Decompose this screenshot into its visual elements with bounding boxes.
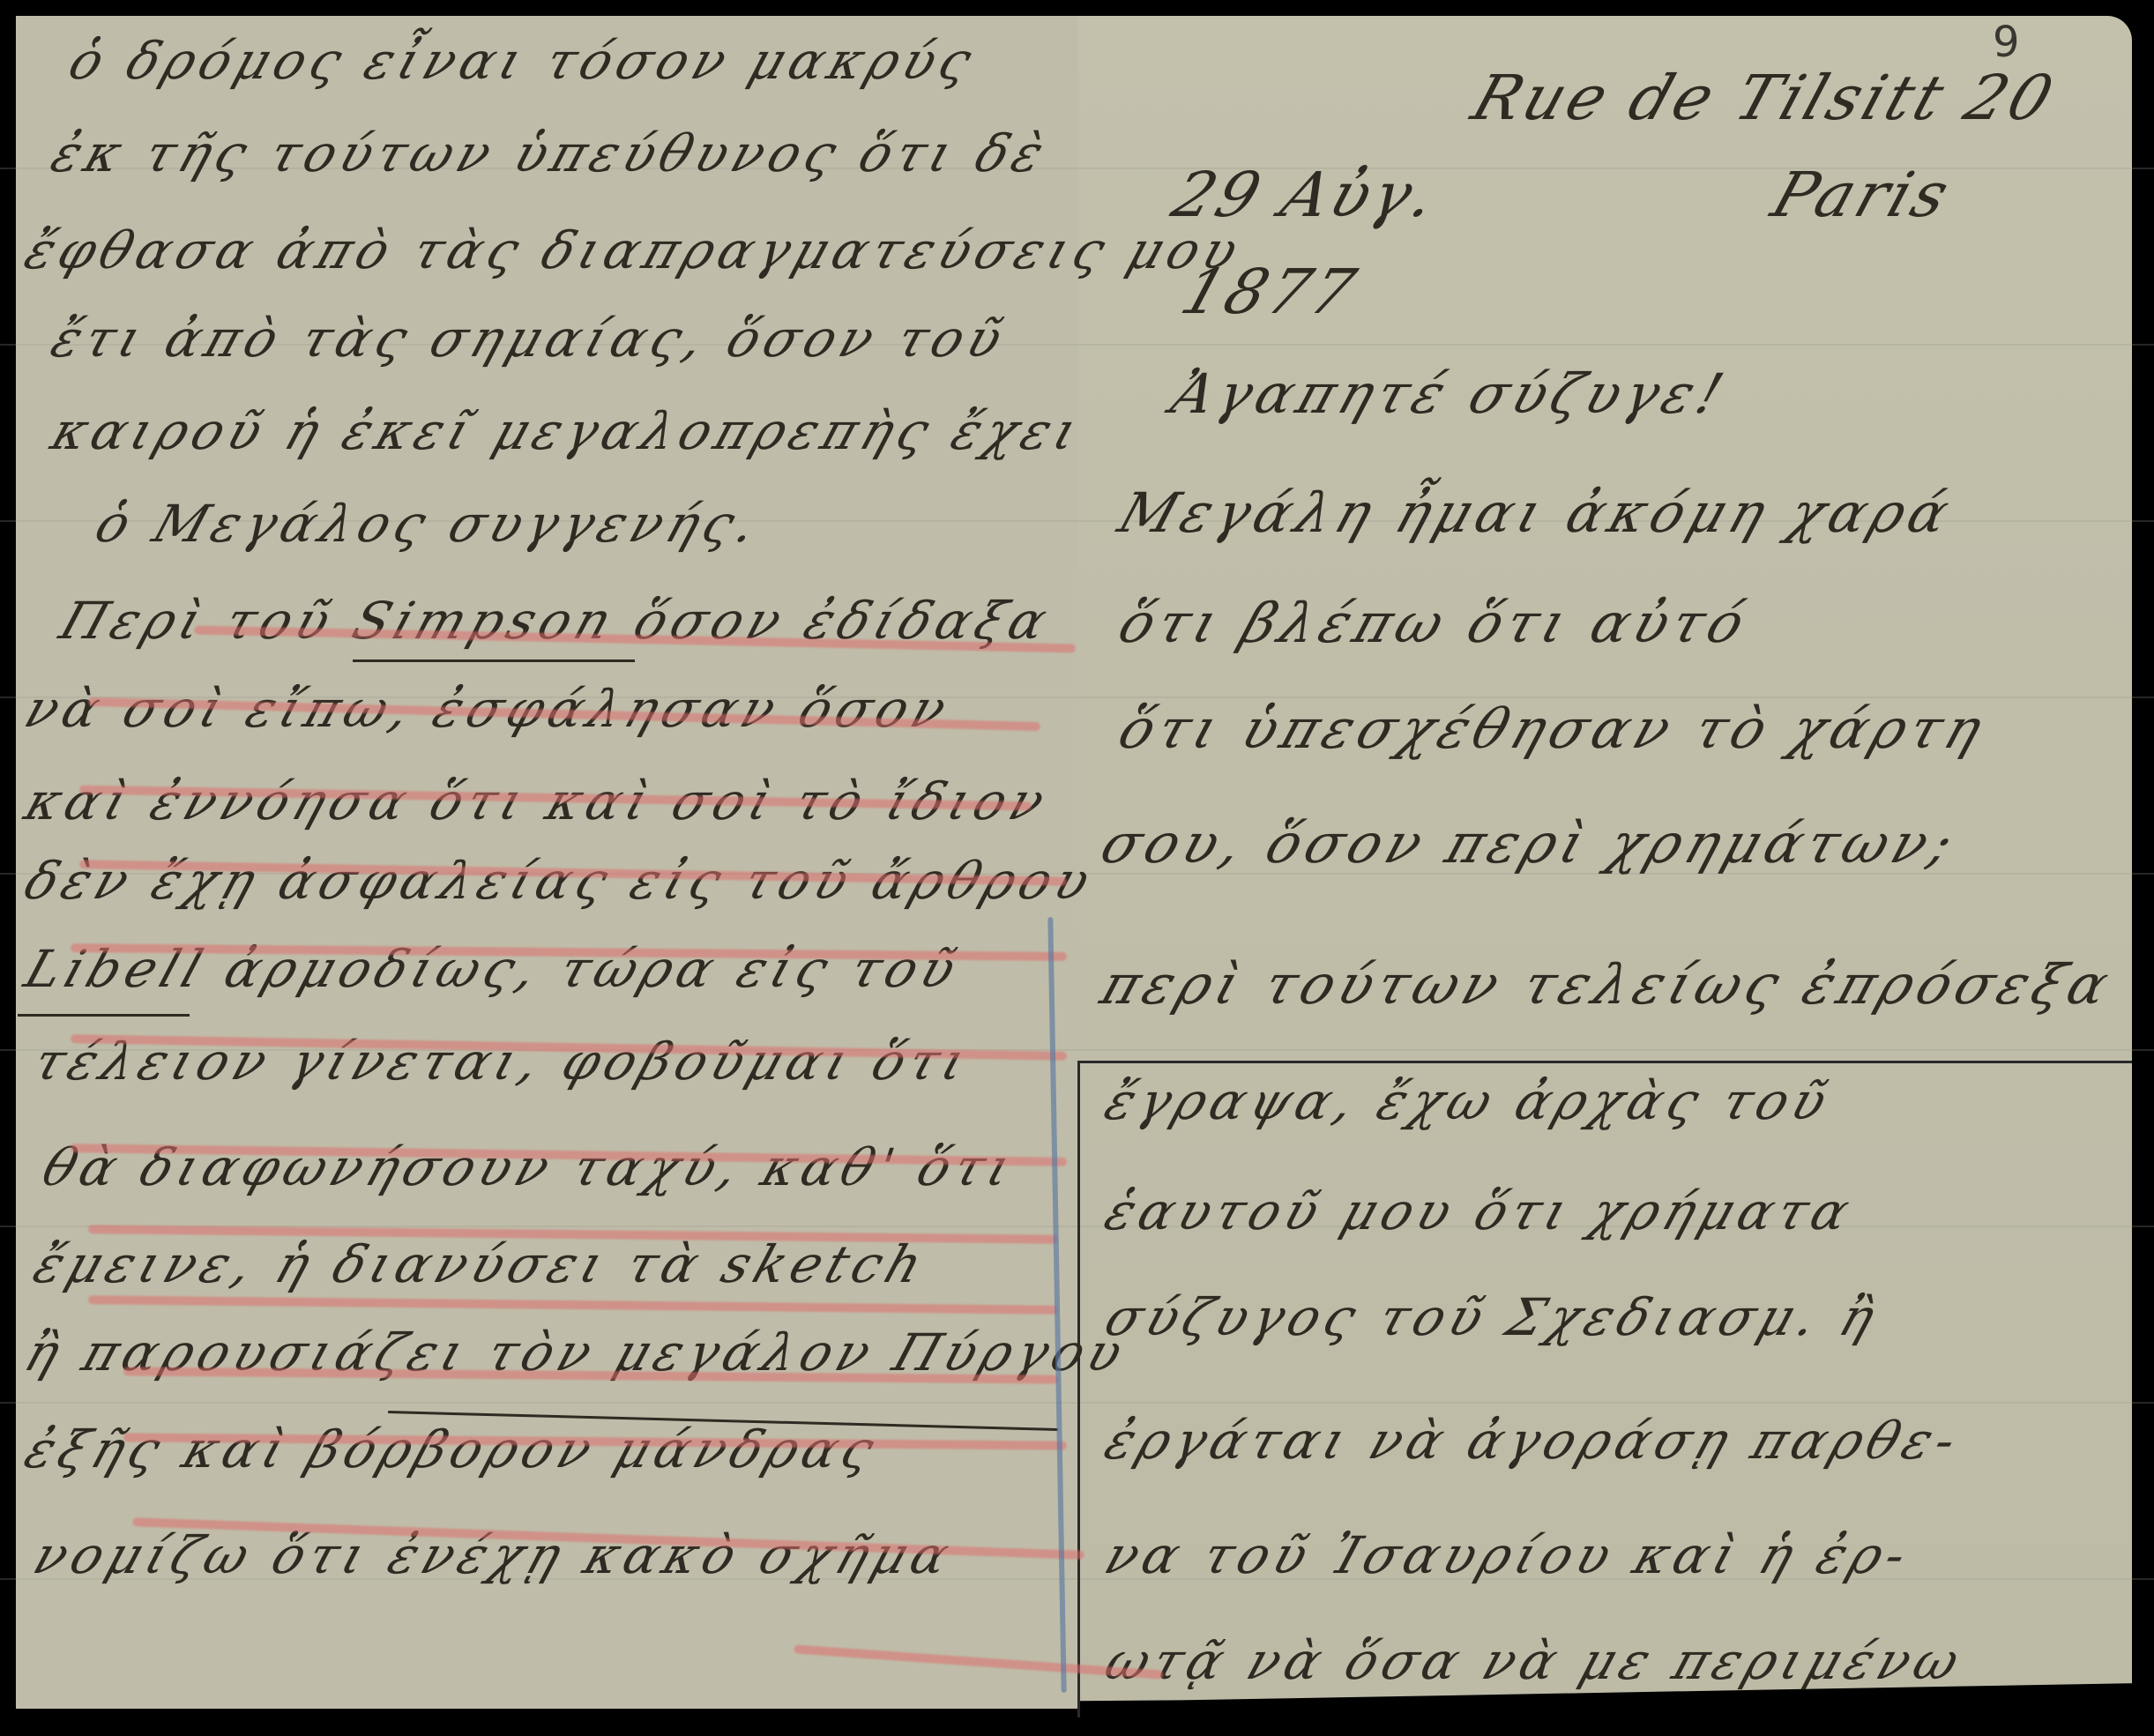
boxed-line-1: ἔγραψα, ἔχω ἀρχὰς τοῦ xyxy=(1098,1071,1839,1131)
boxed-line-6: ωτᾷ νὰ ὅσα νὰ με περιμένω xyxy=(1098,1631,1972,1691)
left-line-6: ὁ Μεγάλος συγγενής. xyxy=(88,494,770,554)
left-line-3: ἔφθασα ἀπὸ τὰς διαπραγματεύσεις μου xyxy=(18,220,1250,280)
left-line-4: ἔτι ἀπὸ τὰς σημαίας, ὅσον τοῦ xyxy=(44,309,1015,369)
page-number: 9 xyxy=(1993,18,2020,67)
right-line-2: ὅτι βλέπω ὅτι αὐτό xyxy=(1111,591,1758,655)
struck-line-10: ἐξῆς καὶ βόρβορον μάνδρας xyxy=(18,1419,887,1479)
underline-simpson xyxy=(353,659,635,662)
salutation: Ἀγαπητέ σύζυγε! xyxy=(1164,361,1736,426)
left-line-2: ἐκ τῆς τούτων ὑπεύθυνος ὅτι δὲ xyxy=(44,123,1056,183)
right-line-1: Μεγάλη ἦμαι ἀκόμη χαρά xyxy=(1111,481,1963,545)
city-line: Paris xyxy=(1763,159,1961,231)
boxed-line-3: σύζυγος τοῦ Σχεδιασμ. ἢ xyxy=(1098,1287,1888,1347)
right-line-4: σου, ὅσον περὶ χρημάτων; xyxy=(1093,811,1966,875)
right-line-5: περὶ τούτων τελείως ἐπρόσεξα xyxy=(1093,952,2122,1017)
address-line: Rue de Tilsitt 20 xyxy=(1464,62,2065,134)
scan-background: 9 Rue de Tilsitt 20 Paris 29 Aὐγ. 1877 Ἀ… xyxy=(0,0,2154,1736)
boxed-line-5: να τοῦ Ἰσαυρίου καὶ ἡ ἐρ- xyxy=(1098,1525,1919,1585)
struck-line-8: ἔμεινε, ἡ διανύσει τὰ sketch xyxy=(26,1234,935,1294)
boxed-line-2: ἑαυτοῦ μου ὅτι χρήματα xyxy=(1098,1181,1862,1241)
right-line-3: ὅτι ὑπεσχέθησαν τὸ χάρτη xyxy=(1111,697,1995,761)
underline-libell xyxy=(18,1014,190,1017)
left-line-5: καιροῦ ἡ ἐκεῖ μεγαλοπρεπὴς ἔχει xyxy=(44,401,1091,461)
boxed-section xyxy=(1077,1061,2132,1717)
left-line-1: ὁ δρόμος εἶναι τόσον μακρύς xyxy=(62,31,984,91)
boxed-line-4: ἐργάται νὰ ἀγοράσῃ παρθε- xyxy=(1098,1411,1969,1471)
